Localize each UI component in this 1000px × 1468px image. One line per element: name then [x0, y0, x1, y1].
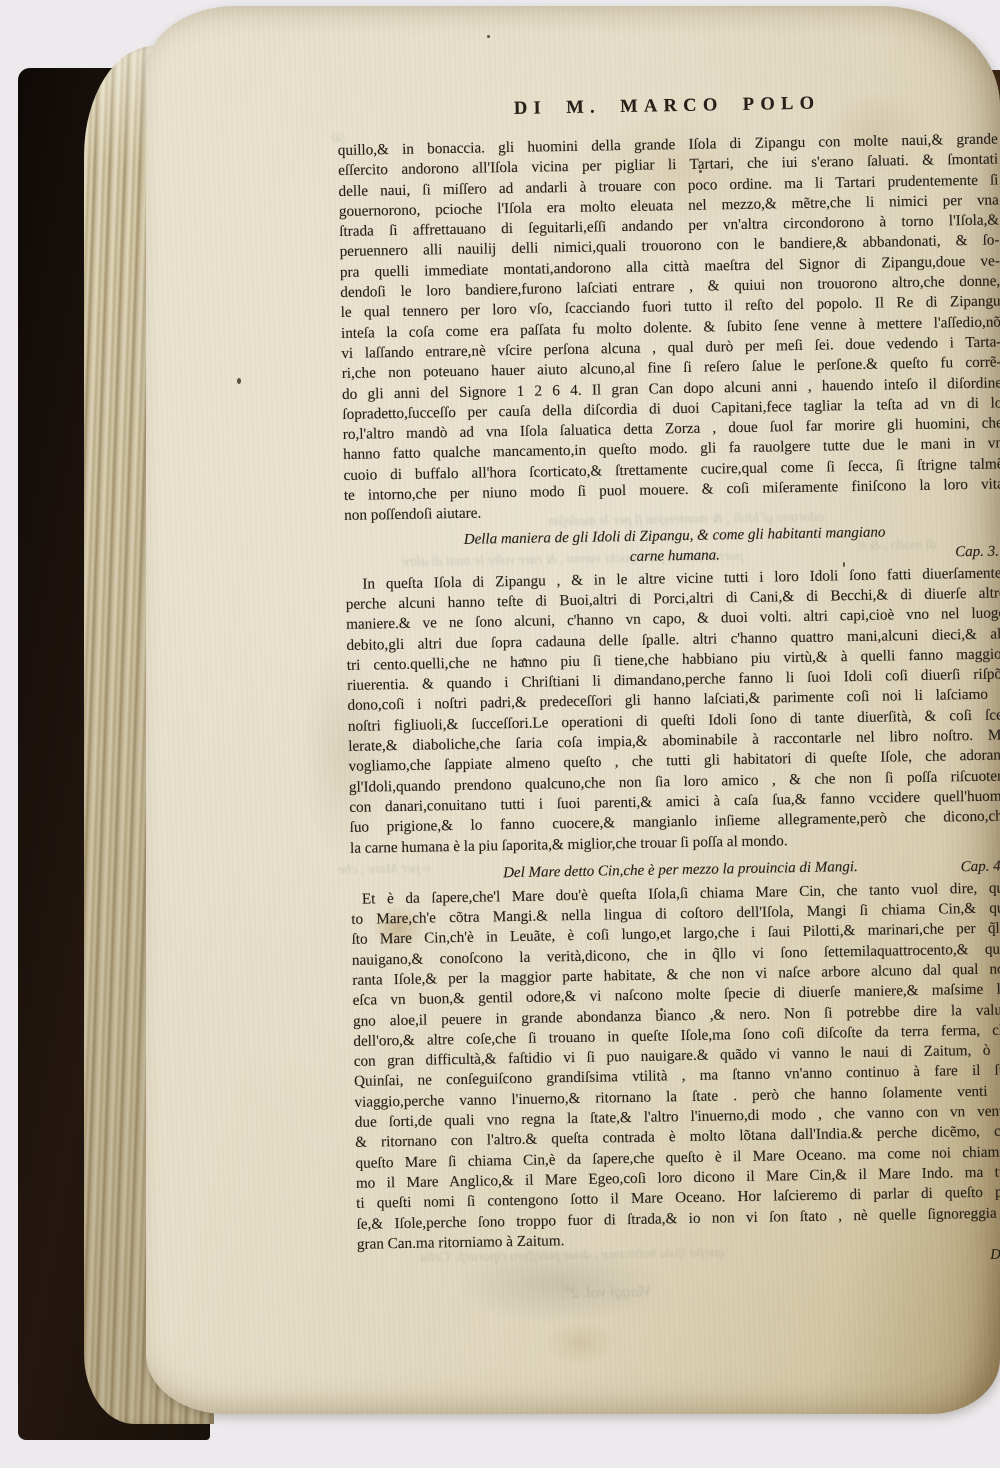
paragraph-3: Et è da ſapere,che'l Mare dou'è queſta I…	[351, 878, 1000, 1255]
chapter-number-label: Cap. 4.	[961, 856, 1000, 877]
paragraph-1: quillo,& in bonaccia. gli huomini della …	[338, 129, 1000, 526]
speck	[237, 378, 241, 384]
text-block: DI M. MARCO POLO quillo,& in bonaccia. g…	[337, 90, 1000, 1276]
chapter-heading-text: Del Mare detto Cin,che è per mezzo la pr…	[503, 859, 858, 881]
chapter-number-label: Cap. 3.	[955, 542, 999, 563]
chapter-heading-text: carne humana.	[630, 547, 720, 565]
photo-background: adorano gl'Idoli , & mantengon ſi per le…	[0, 0, 1000, 1468]
chapter-3-heading: Della maniera de gli Idoli di Zipangu, &…	[344, 520, 1000, 572]
paragraph-2: In queſta Iſola di Zipangu , & in le alt…	[345, 563, 1000, 859]
speck	[487, 35, 490, 38]
